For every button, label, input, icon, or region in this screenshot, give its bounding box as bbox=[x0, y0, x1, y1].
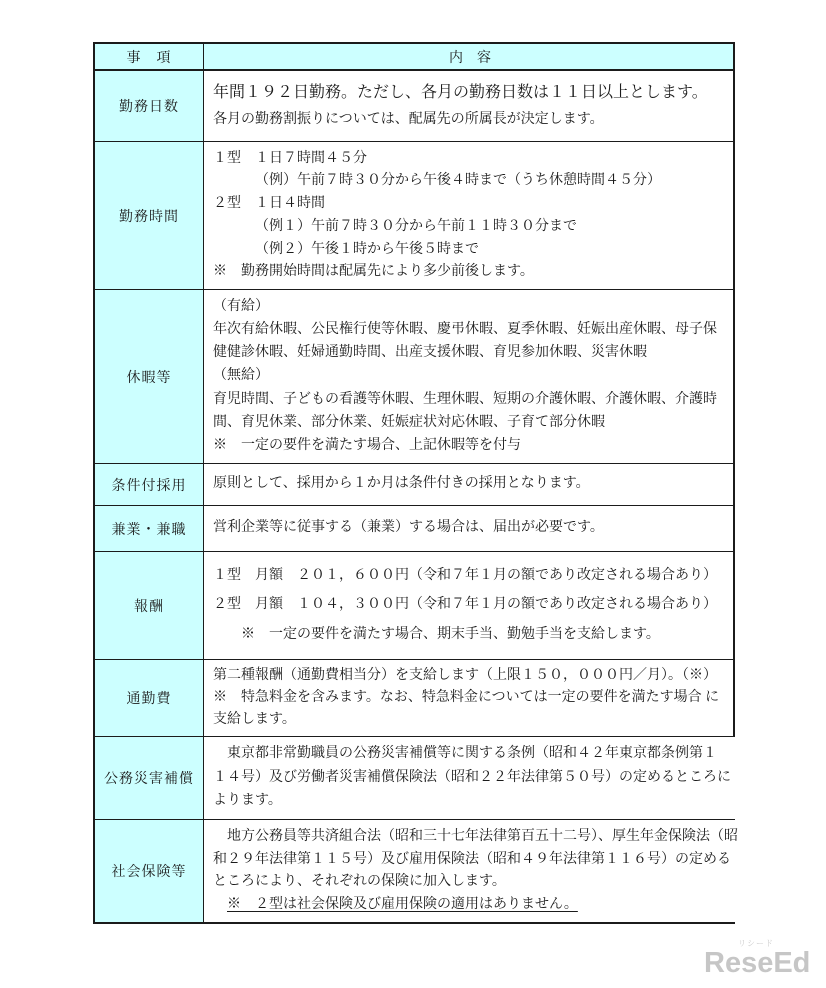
page: { "document": { "header": { "item_label"… bbox=[0, 0, 826, 988]
text-line: １型 １日７時間４５分 bbox=[213, 151, 727, 167]
header-content-cell: 内 容 bbox=[204, 44, 733, 69]
table-row-workhours: 勤務時間 １型 １日７時間４５分（例）午前７時３０分から午後４時まで（うち休憩時… bbox=[95, 142, 733, 290]
row-label-text: 社会保険等 bbox=[112, 861, 187, 881]
row-content: 地方公務員等共済組合法（昭和三十七年法律第百五十二号）、厚生年金保険法（昭和２９… bbox=[204, 820, 744, 922]
text-line: ※ 一定の要件を満たす場合、期末手当、勤勉手当を支給します。 bbox=[213, 627, 727, 643]
row-label-text: 通勤費 bbox=[127, 688, 172, 708]
text-line: 健健診休暇、妊婦通勤時間、出産支援休暇、育児参加休暇、災害休暇 bbox=[213, 345, 727, 361]
text-line: ２型 月額 １０４，３００円（令和７年１月の額であり改定される場合あり） bbox=[213, 597, 727, 613]
row-label-text: 兼業・兼職 bbox=[112, 519, 187, 539]
row-label-text: 勤務時間 bbox=[119, 206, 179, 226]
text-line: 原則として、採用から１か月は条件付きの採用となります。 bbox=[213, 476, 727, 492]
row-label-text: 公務災害補償 bbox=[104, 768, 194, 788]
row-content: 東京都非常勤職員の公務災害補償等に関する条例（昭和４２年東京都条例第１１４号）及… bbox=[204, 737, 737, 819]
table-row-side-jobs: 兼業・兼職 営利企業等に従事する（兼業）する場合は、届出が必要です。 bbox=[95, 506, 733, 552]
text-line: ※ 特急料金を含みます。なお、特急料金については一定の要件を満たす場合 に bbox=[213, 690, 727, 706]
text-line: 東京都非常勤職員の公務災害補償等に関する条例（昭和４２年東京都条例第１ bbox=[213, 746, 731, 762]
row-label-text: 休暇等 bbox=[127, 367, 172, 387]
reseed-watermark: リシード ReseEd bbox=[704, 936, 814, 982]
row-label: 通勤費 bbox=[95, 660, 204, 736]
row-content: 第二種報酬（通勤費相当分）を支給します（上限１５０，０００円／月）。（※）※ 特… bbox=[204, 660, 733, 736]
row-label-text: 報酬 bbox=[134, 596, 164, 616]
table-row-commuting-expenses: 通勤費 第二種報酬（通勤費相当分）を支給します（上限１５０，０００円／月）。（※… bbox=[95, 660, 733, 737]
row-content: １型 １日７時間４５分（例）午前７時３０分から午後４時まで（うち休憩時間４５分）… bbox=[204, 142, 733, 289]
text-line: ところにより、それぞれの保険に加入します。 bbox=[213, 874, 738, 890]
table-row-workdays: 勤務日数 年間１９２日勤務。ただし、各月の勤務日数は１１日以上とします。各月の勤… bbox=[95, 71, 733, 142]
table-header-row: 事 項 内 容 bbox=[95, 44, 733, 71]
table-row-social-insurance: 社会保険等 地方公務員等共済組合法（昭和三十七年法律第百五十二号）、厚生年金保険… bbox=[95, 820, 733, 922]
text-line: よります。 bbox=[213, 793, 731, 809]
table-row-conditional-hiring: 条件付採用 原則として、採用から１か月は条件付きの採用となります。 bbox=[95, 464, 733, 506]
text-line: （無給） bbox=[213, 368, 727, 384]
row-label-text: 勤務日数 bbox=[119, 96, 179, 116]
row-label: 条件付採用 bbox=[95, 464, 204, 505]
text-line: 地方公務員等共済組合法（昭和三十七年法律第百五十二号）、厚生年金保険法（昭 bbox=[213, 829, 738, 845]
conditions-table: 事 項 内 容 勤務日数 年間１９２日勤務。ただし、各月の勤務日数は１１日以上と… bbox=[93, 42, 735, 924]
text-line: ２型 １日４時間 bbox=[213, 196, 727, 212]
row-label: 報酬 bbox=[95, 552, 204, 659]
text-line: 和２９年法律第１１５号）及び雇用保険法（昭和４９年法律第１１６号）の定める bbox=[213, 852, 738, 868]
text-line: 営利企業等に従事する（兼業）する場合は、届出が必要です。 bbox=[213, 520, 727, 536]
text-line: 年次有給休暇、公民権行使等休暇、慶弔休暇、夏季休暇、妊娠出産休暇、母子保 bbox=[213, 322, 727, 338]
row-label: 社会保険等 bbox=[95, 820, 204, 922]
text-line: 間、育児休業、部分休業、妊娠症状対応休暇、子育て部分休暇 bbox=[213, 415, 727, 431]
reseed-logo: ReseEd bbox=[704, 947, 810, 980]
row-label: 勤務時間 bbox=[95, 142, 204, 289]
header-item-label: 事 項 bbox=[127, 47, 172, 67]
row-label: 勤務日数 bbox=[95, 71, 204, 141]
text-line: １４号）及び労働者災害補償保険法（昭和２２年法律第５０号）の定めるところに bbox=[213, 770, 731, 786]
row-content: （有給）年次有給休暇、公民権行使等休暇、慶弔休暇、夏季休暇、妊娠出産休暇、母子保… bbox=[204, 290, 733, 463]
row-content: 年間１９２日勤務。ただし、各月の勤務日数は１１日以上とします。各月の勤務割振りに… bbox=[204, 71, 733, 141]
text-line: （有給） bbox=[213, 299, 727, 315]
row-content: １型 月額 ２０１，６００円（令和７年１月の額であり改定される場合あり）２型 月… bbox=[204, 552, 733, 659]
text-line: ※ ２型は社会保険及び雇用保険の適用はありません。 bbox=[213, 897, 738, 913]
text-line: 支給します。 bbox=[213, 712, 727, 728]
table-row-work-injury-compensation: 公務災害補償 東京都非常勤職員の公務災害補償等に関する条例（昭和４２年東京都条例… bbox=[95, 737, 733, 820]
table-row-compensation: 報酬 １型 月額 ２０１，６００円（令和７年１月の額であり改定される場合あり）２… bbox=[95, 552, 733, 660]
text-line: 年間１９２日勤務。ただし、各月の勤務日数は１１日以上とします。 bbox=[213, 84, 727, 102]
row-content: 営利企業等に従事する（兼業）する場合は、届出が必要です。 bbox=[204, 506, 733, 551]
row-label: 休暇等 bbox=[95, 290, 204, 463]
text-line: ※ 一定の要件を満たす場合、上記休暇等を付与 bbox=[213, 438, 727, 454]
text-line: （例１）午前７時３０分から午前１１時３０分まで bbox=[213, 219, 727, 235]
text-line: 第二種報酬（通勤費相当分）を支給します（上限１５０，０００円／月）。（※） bbox=[213, 668, 727, 684]
text-line: １型 月額 ２０１，６００円（令和７年１月の額であり改定される場合あり） bbox=[213, 568, 727, 584]
text-line: （例２）午後１時から午後５時まで bbox=[213, 242, 727, 258]
table-row-leave: 休暇等 （有給）年次有給休暇、公民権行使等休暇、慶弔休暇、夏季休暇、妊娠出産休暇… bbox=[95, 290, 733, 464]
text-line: 各月の勤務割振りについては、配属先の所属長が決定します。 bbox=[213, 112, 727, 128]
header-item-cell: 事 項 bbox=[95, 44, 204, 69]
text-line: （例）午前７時３０分から午後４時まで（うち休憩時間４５分） bbox=[213, 173, 727, 189]
row-label: 兼業・兼職 bbox=[95, 506, 204, 551]
text-line: 育児時間、子どもの看護等休暇、生理休暇、短期の介護休暇、介護休暇、介護時 bbox=[213, 392, 727, 408]
row-label: 公務災害補償 bbox=[95, 737, 204, 819]
row-label-text: 条件付採用 bbox=[112, 475, 187, 495]
row-content: 原則として、採用から１か月は条件付きの採用となります。 bbox=[204, 464, 733, 505]
header-content-label: 内 容 bbox=[449, 47, 491, 67]
text-line: ※ 勤務開始時間は配属先により多少前後します。 bbox=[213, 264, 727, 280]
